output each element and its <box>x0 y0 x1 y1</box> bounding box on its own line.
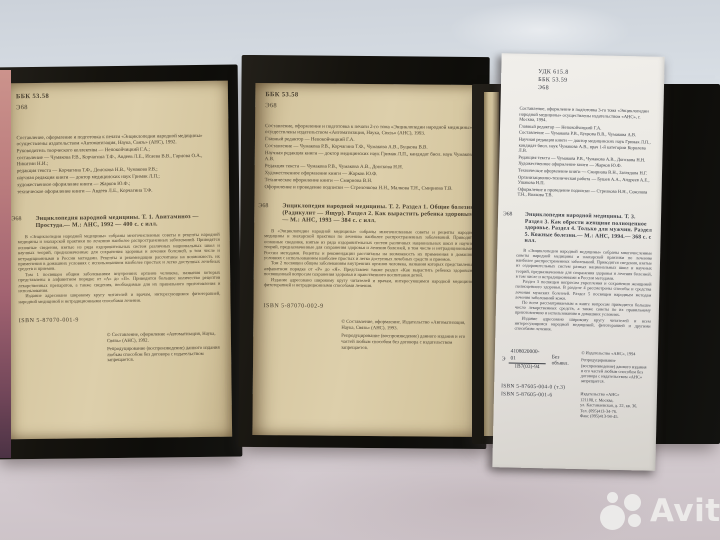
author-sign-vol2: Э68 <box>265 102 477 112</box>
imprint-bottom-block-vol3: Э 4108020000-01 1В7(03)-94 Без объявл. I… <box>500 348 650 420</box>
credit-line: составление — Чумакова Р.В., Корчагина Т… <box>17 154 219 168</box>
catalog-prefix: Э <box>502 356 506 362</box>
catalog-fraction: 4108020000-01 1В7(03)-94 <box>508 349 546 371</box>
avito-logo-circle <box>624 494 641 511</box>
annotation-paragraph: Раздел 3 посвящен вопросам укрепления и … <box>515 279 651 303</box>
annotation-paragraph: В «Энциклопедии народной медицины» собра… <box>264 228 476 262</box>
copyright-line: © Составление, оформление «Автоматизация… <box>107 332 225 345</box>
photo-three-open-books: ББК 53.58 Э68 Составление, оформление и … <box>0 0 720 540</box>
entry-text: Энциклопедия народной медицины. Т. 3. Ра… <box>524 212 653 248</box>
credits-vol3: Составление, оформление и подготовка 3-г… <box>517 106 655 201</box>
annotation-vol3: В «Энциклопедии народной медицины» собра… <box>514 247 652 333</box>
annotation-vol2: В «Энциклопедии народной медицины» собра… <box>264 228 477 289</box>
left-book-red-edge <box>0 70 11 458</box>
catalog-entry-vol2: Э68 Энциклопедия народной медицины. Т. 2… <box>264 203 476 226</box>
imprint-page-vol1: ББК 53.58 Э68 Составление, оформление и … <box>6 81 232 440</box>
catalog-entry-vol3: Э68 Энциклопедия народной медицины. Т. 3… <box>504 211 653 247</box>
isbn-vol1: ISBN 5-87070-001-9 <box>19 316 221 324</box>
entry-text: Энциклопедия народной медицины. Т. 1. Ав… <box>35 214 219 230</box>
book-volume-1: ББК 53.58 Э68 Составление, оформление и … <box>0 64 242 459</box>
catalog-isbn-column: Э 4108020000-01 1В7(03)-94 Без объявл. I… <box>500 348 577 418</box>
credit-line: Составление, оформление и подготовка 3-г… <box>519 106 655 126</box>
credit-line: Научная редакция книги — доктор медицинс… <box>518 137 654 157</box>
annotation-paragraph: Том 2 посвящен общим заболеваниям внутре… <box>264 261 476 279</box>
isbn-block-vol3: ISBN 5-87605-004-0 (т.3) ISBN 5-87605-00… <box>501 382 577 400</box>
copyright-line: © Издательство «АНС», 1994 <box>581 350 650 357</box>
credit-line: техническое оформление книги — Авдеев Л.… <box>17 188 219 196</box>
entry-code: Э68 <box>502 211 525 244</box>
avito-logo-circle <box>607 492 618 503</box>
imprint-page-vol2: ББК 53.58 Э68 Составление, оформление и … <box>252 83 487 437</box>
copyright-line: © Составление, оформление. Издательство … <box>341 320 469 333</box>
credits-vol1: Составление, оформление и подготовка к п… <box>16 134 219 196</box>
annotation-paragraph: Том 1 посвящен общим заболеваниям внутре… <box>18 270 220 294</box>
annotation-paragraph: В «Энциклопедии народной медицины» собра… <box>516 247 653 281</box>
catalog-denominator: 1В7(03)-94 <box>514 364 539 371</box>
credits-vol2: Составление, оформление и подготовка к п… <box>265 124 478 193</box>
avito-watermark: Avito <box>600 490 720 532</box>
annotation-paragraph: Издание адресовано широкому кругу читате… <box>514 315 650 334</box>
copyright-line: Репродуцирование (воспроизведение) данно… <box>107 346 225 365</box>
credit-line: Оформление и проведение подписки — Стрел… <box>517 186 653 200</box>
entry-text: Энциклопедия народной медицины. Т. 2. Ра… <box>282 203 476 226</box>
avito-logo-circle <box>628 514 641 527</box>
bbk-code-vol2: ББК 53.58 <box>265 91 477 101</box>
entry-code: Э68 <box>258 203 282 224</box>
copyright-line: Репродуцирование (воспроизведение) данно… <box>581 357 650 385</box>
annotation-paragraph: Издание адресовано широкому кругу читате… <box>18 291 220 304</box>
entry-code: Э68 <box>11 216 35 230</box>
catalog-number-vol3: Э 4108020000-01 1В7(03)-94 Без объявл. <box>502 348 578 371</box>
bbk-code-vol1: ББК 53.58 <box>16 91 218 101</box>
copyright-vol2: © Составление, оформление. Издательство … <box>341 320 469 352</box>
credit-line: Составление, оформление и подготовка к п… <box>265 124 477 138</box>
catalog-entry-vol1: Э68 Энциклопедия народной медицины. Т. 1… <box>17 214 219 230</box>
publisher-line: Факс (095)413-94-45. <box>580 413 649 420</box>
author-sign-vol3: Э68 <box>538 84 656 95</box>
credit-line: Составление, оформление и подготовка к п… <box>16 134 218 148</box>
catalog-numerator: 4108020000-01 <box>508 349 546 365</box>
annotation-paragraph: Издание адресовано широкому кругу читате… <box>264 277 476 290</box>
isbn-vol2: ISBN 5-87070-002-9 <box>263 304 475 312</box>
avito-logo-icon <box>600 490 644 532</box>
copyright-publisher-column: © Издательство «АНС», 1994 Репродуцирова… <box>576 350 650 420</box>
classification-codes-vol3: УДК 615.8 ББК 53.59 Э68 <box>538 68 657 95</box>
credit-line: Оформление и проведение подписки — Стрел… <box>265 185 477 193</box>
copyright-vol1: © Составление, оформление «Автоматизация… <box>107 332 225 364</box>
no-announcement-note: Без объявл. <box>552 354 578 367</box>
annotation-vol1: В «Энциклопедии народной медицины» собра… <box>18 232 221 305</box>
imprint-page-vol3: УДК 615.8 ББК 53.59 Э68 Составление, офо… <box>492 53 664 471</box>
avito-logo-circle <box>600 505 625 530</box>
book-volume-2: ББК 53.58 Э68 Составление, оформление и … <box>238 55 489 449</box>
credit-line: Научная редакция книги — доктор медицинс… <box>265 151 477 165</box>
annotation-paragraph: В «Энциклопедии народной медицины» собра… <box>18 232 220 272</box>
author-sign-vol1: Э68 <box>16 102 218 112</box>
publisher-address-vol3: Издательство «АНС» 121108, г. Москва, ул… <box>580 391 649 420</box>
copyright-line: Репродуцирование (воспроизведение) данно… <box>341 334 469 353</box>
avito-wordmark: Avito <box>650 493 720 529</box>
